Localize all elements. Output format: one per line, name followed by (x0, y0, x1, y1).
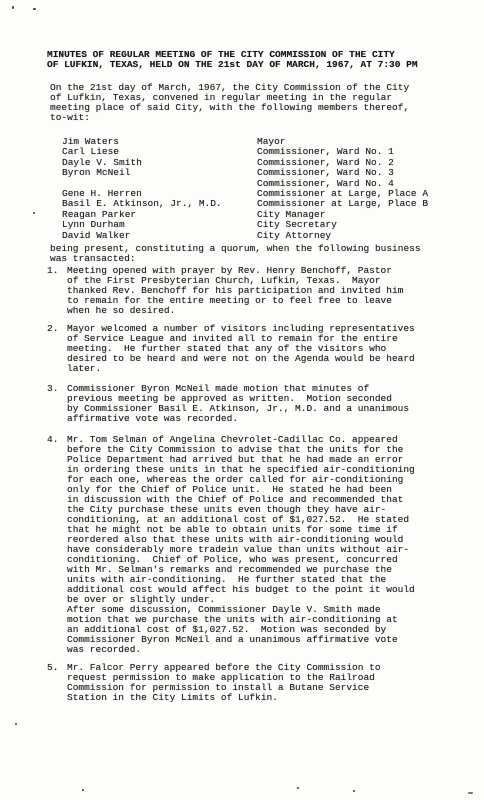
minutes-item-3: 3. Commissioner Byron McNeil made motion… (50, 384, 444, 424)
document-title: MINUTES OF REGULAR MEETING OF THE CITY C… (47, 50, 444, 70)
minutes-item-4: 4. Mr. Tom Selman of Angelina Chevrolet-… (50, 435, 444, 655)
item-paragraph: Mayor welcomed a number of visitors incl… (67, 324, 444, 374)
item-number: 1. (47, 266, 67, 316)
intro-paragraph: On the 21st day of March, 1967, the City… (50, 83, 444, 123)
item-paragraph: After some discussion, Commissioner Dayl… (67, 605, 444, 655)
item-body: Mr. Tom Selman of Angelina Chevrolet-Cad… (67, 435, 444, 655)
item-paragraph: Meeting opened with prayer by Rev. Henry… (67, 266, 444, 316)
member-row: David Walker City Attorney (62, 231, 444, 241)
item-number: 5. (47, 663, 67, 703)
scanned-minutes-page: MINUTES OF REGULAR MEETING OF THE CITY C… (0, 0, 484, 800)
quorum-paragraph: being present, constituting a quorum, wh… (50, 244, 444, 264)
document-body: MINUTES OF REGULAR MEETING OF THE CITY C… (0, 0, 484, 800)
item-body: Mayor welcomed a number of visitors incl… (67, 324, 444, 374)
item-paragraph: Mr. Falcor Perry appeared before the Cit… (67, 663, 444, 703)
member-name: David Walker (62, 231, 257, 241)
item-body: Meeting opened with prayer by Rev. Henry… (67, 266, 444, 316)
item-paragraph: Commissioner Byron McNeil made motion th… (67, 384, 444, 424)
member-name: Byron McNeil (62, 168, 257, 178)
item-number: 2. (47, 324, 67, 374)
minutes-items: 1. Meeting opened with prayer by Rev. He… (50, 266, 444, 703)
members-list: Jim Waters Mayor Carl Liese Commissioner… (62, 137, 444, 241)
item-number: 4. (47, 435, 67, 655)
item-body: Commissioner Byron McNeil made motion th… (67, 384, 444, 424)
minutes-item-1: 1. Meeting opened with prayer by Rev. He… (50, 266, 444, 316)
minutes-item-5: 5. Mr. Falcor Perry appeared before the … (50, 663, 444, 703)
member-title: City Attorney (257, 231, 331, 241)
item-body: Mr. Falcor Perry appeared before the Cit… (67, 663, 444, 703)
minutes-item-2: 2. Mayor welcomed a number of visitors i… (50, 324, 444, 374)
item-number: 3. (47, 384, 67, 424)
item-paragraph: Mr. Tom Selman of Angelina Chevrolet-Cad… (67, 435, 444, 605)
